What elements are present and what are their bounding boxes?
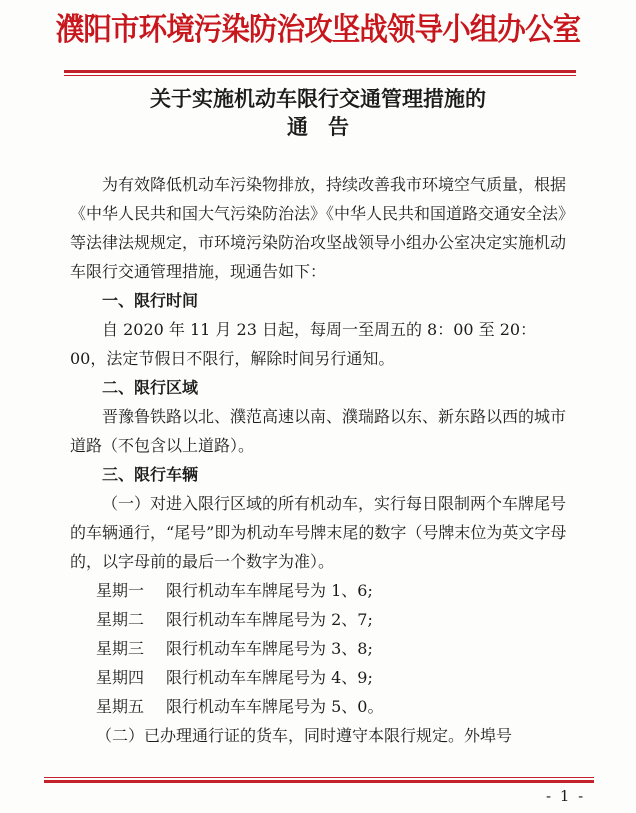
- page-number: - 1 -: [546, 787, 585, 805]
- section-text-area: 晋豫鲁铁路以北、濮范高速以南、濮瑞路以东、新东路以西的城市道路（不包含以上道路）…: [70, 402, 570, 460]
- trailing-paragraph: （二）已办理通行证的货车，同时遵守本限行规定。外埠号: [70, 721, 570, 750]
- notice-title: 关于实施机动车限行交通管理措施的: [0, 84, 636, 114]
- schedule-rule: 限行机动车车牌尾号为 1、6;: [166, 581, 373, 600]
- schedule-row: 星期四限行机动车车牌尾号为 4、9;: [70, 663, 570, 692]
- subtitle-char-1: 通: [287, 114, 308, 139]
- footer-red-divider: [44, 777, 594, 783]
- schedule-row: 星期一限行机动车车牌尾号为 1、6;: [70, 576, 570, 605]
- schedule-day: 星期三: [96, 634, 166, 663]
- organization-header: 濮阳市环境污染防治攻坚战领导小组办公室: [25, 8, 610, 52]
- schedule-rule: 限行机动车车牌尾号为 2、7;: [166, 610, 373, 629]
- schedule-day: 星期五: [96, 692, 166, 721]
- header-red-divider: [64, 70, 576, 76]
- notice-body: 为有效降低机动车污染物排放，持续改善我市环境空气质量，根据《中华人民共和国大气污…: [70, 170, 570, 750]
- schedule-day: 星期四: [96, 663, 166, 692]
- schedule-rule: 限行机动车车牌尾号为 5、0。: [166, 697, 383, 716]
- subtitle-char-2: 告: [328, 114, 349, 139]
- section-text-time: 自 2020 年 11 月 23 日起，每周一至周五的 8：00 至 20：00…: [70, 315, 570, 373]
- section-heading-area: 二、限行区域: [70, 373, 570, 402]
- schedule-day: 星期一: [96, 576, 166, 605]
- schedule-rule: 限行机动车车牌尾号为 4、9;: [166, 668, 373, 687]
- notice-subtitle: 通告: [0, 112, 636, 142]
- section-heading-time: 一、限行时间: [70, 286, 570, 315]
- schedule-row: 星期五限行机动车车牌尾号为 5、0。: [70, 692, 570, 721]
- schedule-rule: 限行机动车车牌尾号为 3、8;: [166, 639, 373, 658]
- schedule-day: 星期二: [96, 605, 166, 634]
- intro-paragraph: 为有效降低机动车污染物排放，持续改善我市环境空气质量，根据《中华人民共和国大气污…: [70, 170, 570, 286]
- section-heading-vehicles: 三、限行车辆: [70, 460, 570, 489]
- schedule-row: 星期三限行机动车车牌尾号为 3、8;: [70, 634, 570, 663]
- section-text-vehicles: （一）对进入限行区域的所有机动车，实行每日限制两个车牌尾号的车辆通行，“尾号”即…: [70, 489, 570, 576]
- schedule-row: 星期二限行机动车车牌尾号为 2、7;: [70, 605, 570, 634]
